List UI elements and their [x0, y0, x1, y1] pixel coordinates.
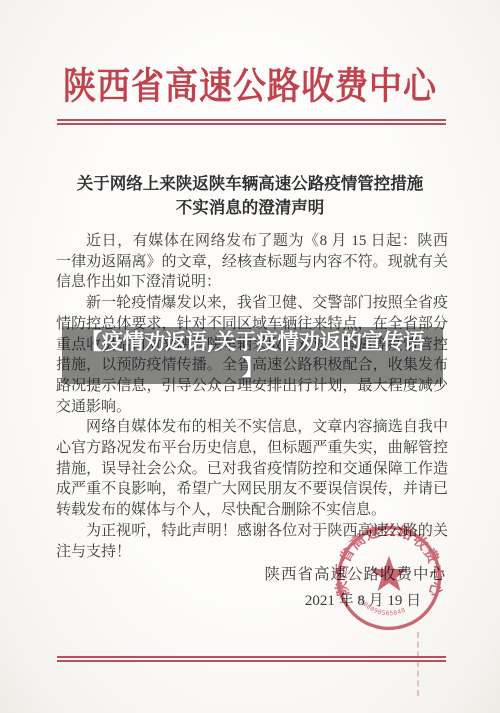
document-body: 近日，有媒体在网络发布了题为《8 月 15 日起：陕西一律劝返隔离》的文章，经核… [56, 231, 448, 562]
watermark-text-line2: 】 [62, 356, 443, 382]
svg-text:6100090565040: 6100090565040 [356, 595, 407, 617]
document-title-line2: 不实消息的澄清声明 [176, 198, 325, 217]
watermark-overlay: 【疫情劝返语,关于疫情劝返的宣传语 】 [62, 327, 443, 384]
body-paragraph: 近日，有媒体在网络发布了题为《8 月 15 日起：陕西一律劝返隔离》的文章，经核… [56, 231, 448, 293]
seal-code: 6100090565040 [356, 595, 407, 617]
star-icon [370, 556, 407, 591]
document-title: 关于网络上来陕返陕车辆高速公路疫情管控措施 不实消息的澄清声明 [40, 172, 460, 220]
letterhead-title: 陕西省高速公路收费中心 [0, 57, 500, 110]
body-paragraph: 网络自媒体发布的相关不实信息，文章内容摘选自我中心官方路况发布平台历史信息，但标… [56, 417, 448, 521]
footer-divider [57, 656, 446, 662]
fold-line [417, 632, 419, 696]
official-seal: 陕西省高速公路收费中心 6100090565040 [326, 522, 452, 634]
document-title-line1: 关于网络上来陕返陕车辆高速公路疫情管控措施 [77, 174, 424, 193]
document-photo: 陕西省高速公路收费中心 关于网络上来陕返陕车辆高速公路疫情管控措施 不实消息的澄… [0, 0, 500, 713]
watermark-text-line1: 【疫情劝返语,关于疫情劝返的宣传语 [62, 330, 443, 356]
letterhead-divider [57, 119, 446, 125]
